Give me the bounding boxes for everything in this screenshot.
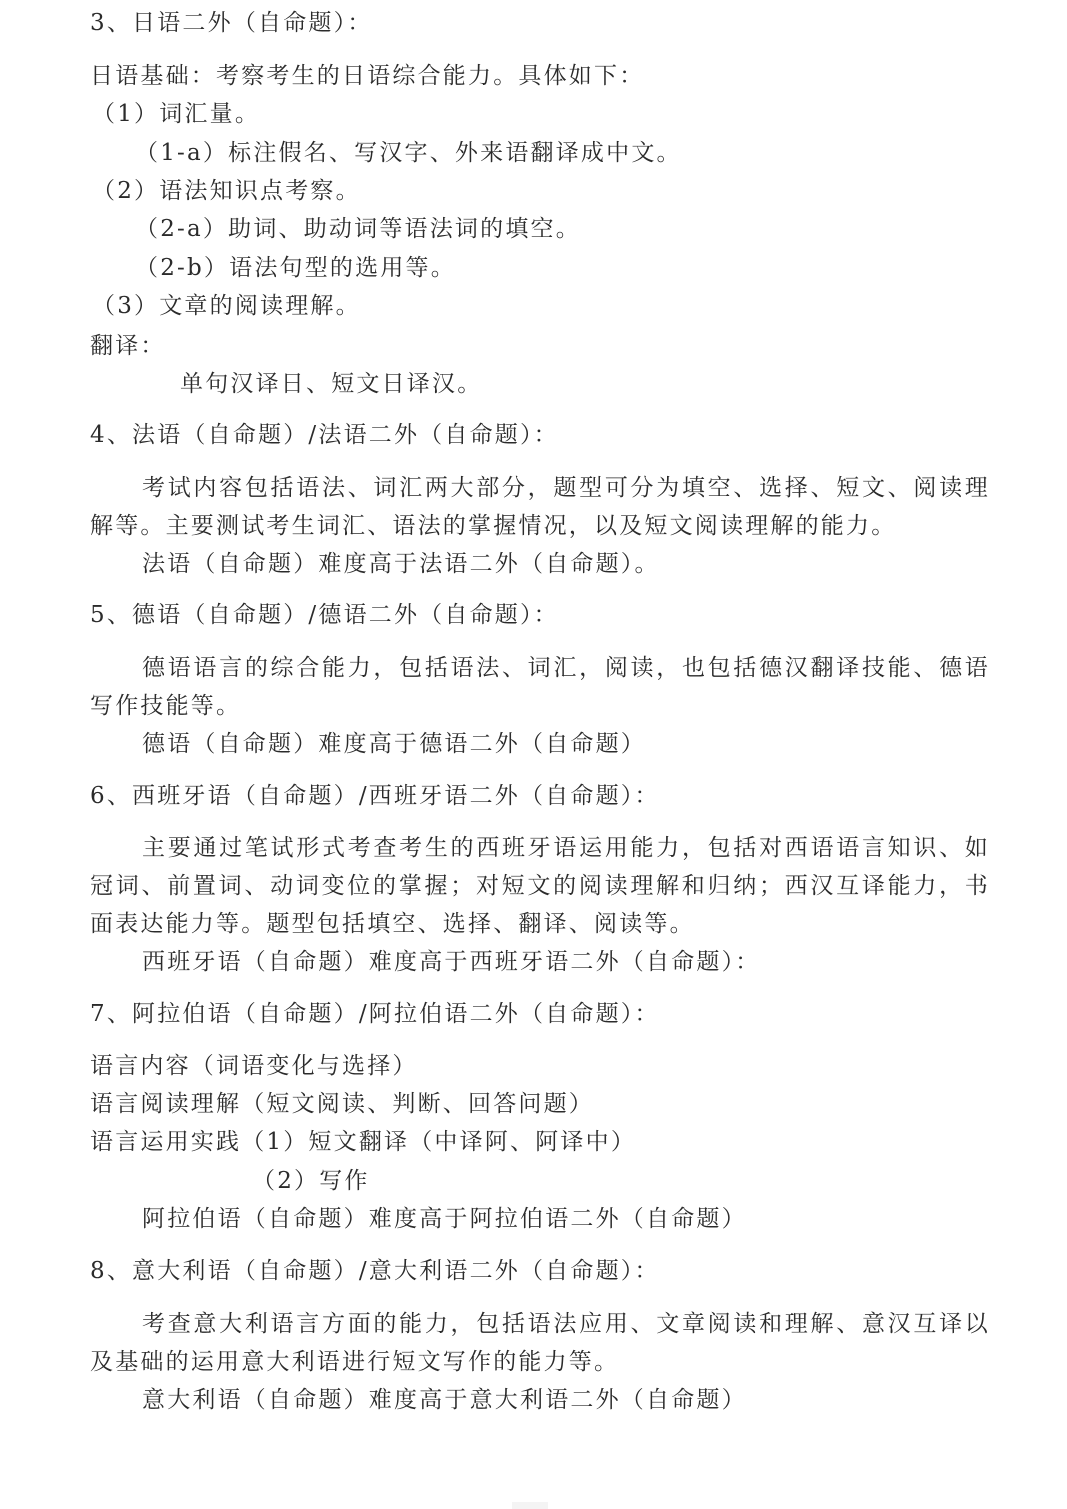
japanese-item-1a: （1-a）标注假名、写汉字、外来语翻译成中文。 [135, 138, 682, 168]
section-heading-japanese: 3、日语二外（自命题）： [90, 8, 373, 38]
page-footer-mark [512, 1502, 548, 1509]
arabic-line-content: 语言内容（词语变化与选择） [90, 1051, 418, 1081]
german-note: 德语（自命题）难度高于德语二外（自命题） [142, 729, 646, 759]
japanese-translation-label: 翻译： [90, 331, 166, 361]
section-heading-french: 4、法语（自命题）/法语二外（自命题）： [90, 420, 559, 450]
japanese-item-2: （2）语法知识点考察。 [92, 176, 361, 206]
spanish-paragraph: 主要通过笔试形式考查考生的西班牙语运用能力，包括对西语语言知识、如冠词、前置词、… [90, 829, 990, 943]
arabic-line-reading: 语言阅读理解（短文阅读、判断、回答问题） [90, 1089, 594, 1119]
section-heading-arabic: 7、阿拉伯语（自命题）/阿拉伯语二外（自命题）： [90, 999, 660, 1029]
japanese-item-2b: （2-b）语法句型的选用等。 [135, 253, 456, 283]
french-note: 法语（自命题）难度高于法语二外（自命题）。 [142, 549, 660, 579]
japanese-translation-detail: 单句汉译日、短文日译汉。 [180, 369, 482, 399]
section-heading-spanish: 6、西班牙语（自命题）/西班牙语二外（自命题）： [90, 781, 660, 811]
japanese-item-3: （3）文章的阅读理解。 [92, 291, 361, 321]
document-page: 3、日语二外（自命题）： 日语基础：考察考生的日语综合能力。具体如下： （1）词… [0, 0, 1067, 1509]
spanish-note: 西班牙语（自命题）难度高于西班牙语二外（自命题）： [142, 947, 761, 977]
japanese-item-2a: （2-a）助词、助动词等语法词的填空。 [135, 214, 581, 244]
arabic-note: 阿拉伯语（自命题）难度高于阿拉伯语二外（自命题） [142, 1204, 747, 1234]
arabic-line-writing: （2）写作 [252, 1166, 370, 1196]
japanese-item-1: （1）词汇量。 [92, 99, 260, 129]
italian-note: 意大利语（自命题）难度高于意大利语二外（自命题） [142, 1385, 747, 1415]
german-paragraph: 德语语言的综合能力，包括语法、词汇，阅读，也包括德汉翻译技能、德语写作技能等。 [90, 649, 990, 725]
italian-paragraph: 考查意大利语言方面的能力，包括语法应用、文章阅读和理解、意汉互译以及基础的运用意… [90, 1305, 990, 1381]
section-heading-italian: 8、意大利语（自命题）/意大利语二外（自命题）： [90, 1256, 660, 1286]
french-paragraph: 考试内容包括语法、词汇两大部分，题型可分为填空、选择、短文、阅读理解等。主要测试… [90, 469, 990, 545]
japanese-intro: 日语基础：考察考生的日语综合能力。具体如下： [90, 61, 644, 91]
section-heading-german: 5、德语（自命题）/德语二外（自命题）： [90, 600, 559, 630]
arabic-line-practice: 语言运用实践（1）短文翻译（中译阿、阿译中） [90, 1127, 636, 1157]
